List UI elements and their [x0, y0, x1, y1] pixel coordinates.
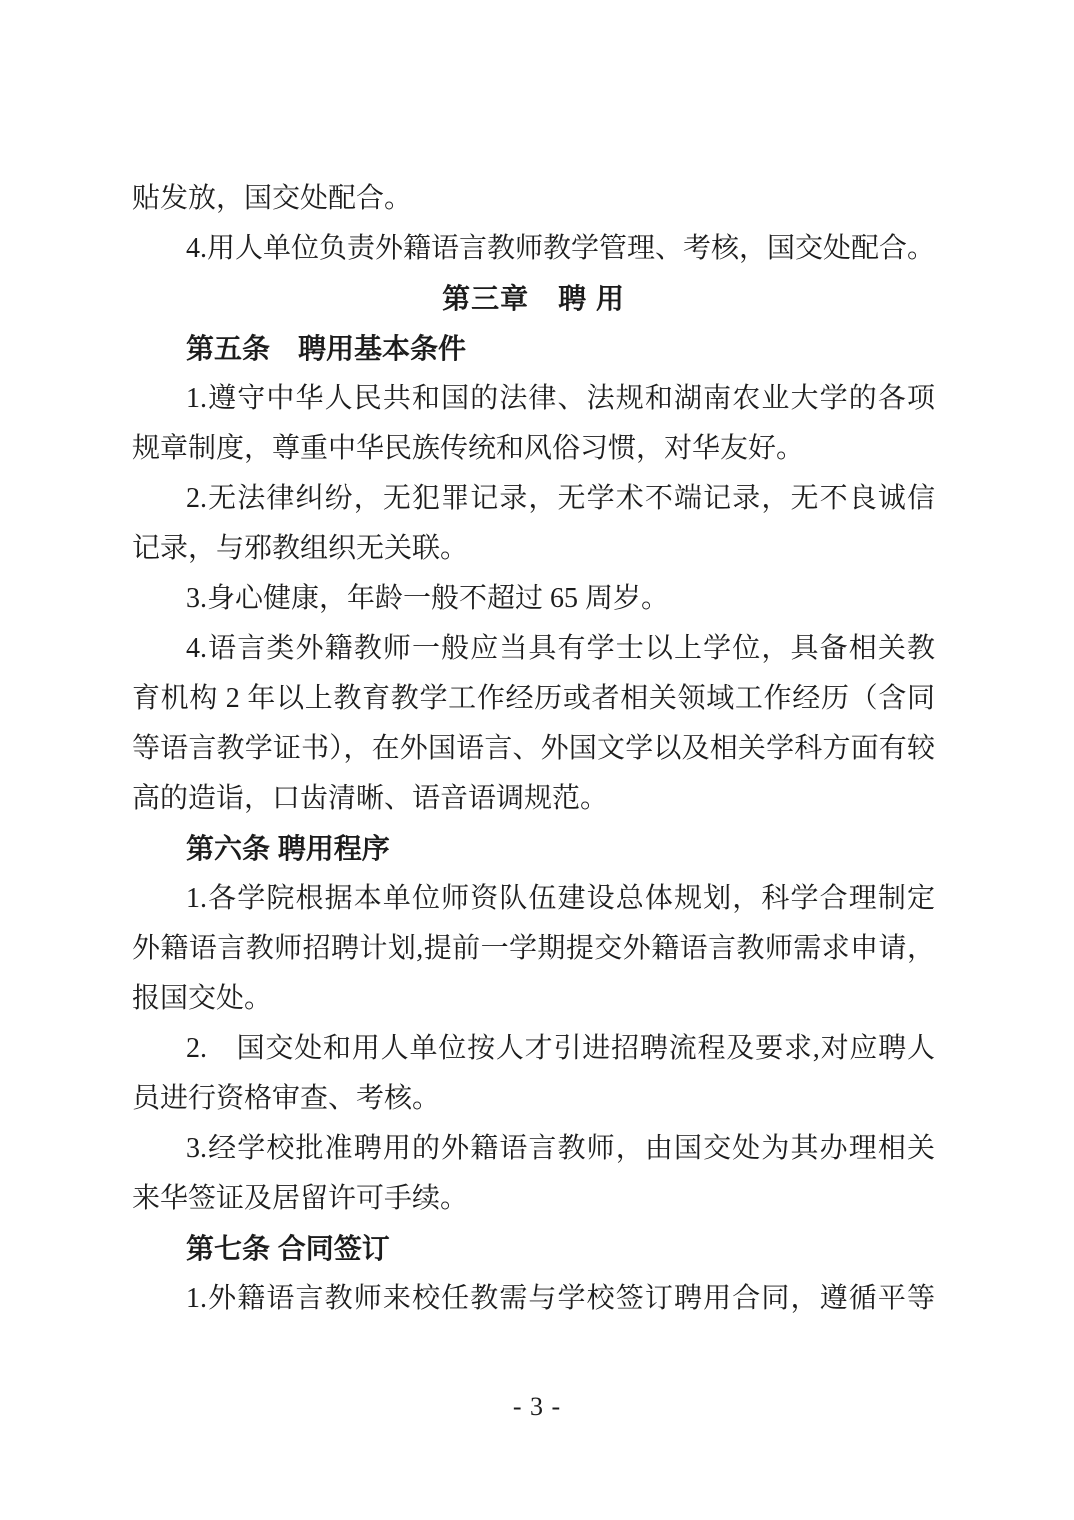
paragraph-line: 等语言教学证书），在外国语言、外国文学以及相关学科方面有较	[132, 724, 935, 774]
document-lines: 贴发放，国交处配合。4.用人单位负责外籍语言教师教学管理、考核，国交处配合。第三…	[132, 174, 935, 1324]
section-heading: 第六条 聘用程序	[132, 824, 935, 874]
paragraph-line: 1.遵守中华人民共和国的法律、法规和湖南农业大学的各项	[132, 374, 935, 424]
paragraph-line: 员进行资格审查、考核。	[132, 1074, 935, 1124]
paragraph-line: 4.语言类外籍教师一般应当具有学士以上学位，具备相关教	[132, 624, 935, 674]
paragraph-line: 1.外籍语言教师来校任教需与学校签订聘用合同，遵循平等	[132, 1274, 935, 1324]
paragraph-line: 来华签证及居留许可手续。	[132, 1174, 935, 1224]
paragraph-line: 2.无法律纠纷，无犯罪记录，无学术不端记录，无不良诚信	[132, 474, 935, 524]
paragraph-line: 3.经学校批准聘用的外籍语言教师，由国交处为其办理相关	[132, 1124, 935, 1174]
paragraph-line: 1.各学院根据本单位师资队伍建设总体规划，科学合理制定	[132, 874, 935, 924]
page-number: - 3 -	[0, 1392, 1074, 1422]
paragraph-line: 贴发放，国交处配合。	[132, 174, 935, 224]
document-page: 贴发放，国交处配合。4.用人单位负责外籍语言教师教学管理、考核，国交处配合。第三…	[0, 0, 1074, 1520]
paragraph-line: 3.身心健康，年龄一般不超过 65 周岁。	[132, 574, 935, 624]
paragraph-line: 育机构 2 年以上教育教学工作经历或者相关领域工作经历（含同	[132, 674, 935, 724]
section-heading: 第五条 聘用基本条件	[132, 324, 935, 374]
paragraph-line: 4.用人单位负责外籍语言教师教学管理、考核，国交处配合。	[132, 224, 935, 274]
section-heading: 第七条 合同签订	[132, 1224, 935, 1274]
paragraph-line: 规章制度，尊重中华民族传统和风俗习惯，对华友好。	[132, 424, 935, 474]
paragraph-line: 外籍语言教师招聘计划,提前一学期提交外籍语言教师需求申请，	[132, 924, 935, 974]
paragraph-line: 2. 国交处和用人单位按人才引进招聘流程及要求,对应聘人	[132, 1024, 935, 1074]
paragraph-line: 记录，与邪教组织无关联。	[132, 524, 935, 574]
paragraph-line: 报国交处。	[132, 974, 935, 1024]
chapter-heading: 第三章 聘 用	[132, 274, 935, 324]
paragraph-line: 高的造诣，口齿清晰、语音语调规范。	[132, 774, 935, 824]
